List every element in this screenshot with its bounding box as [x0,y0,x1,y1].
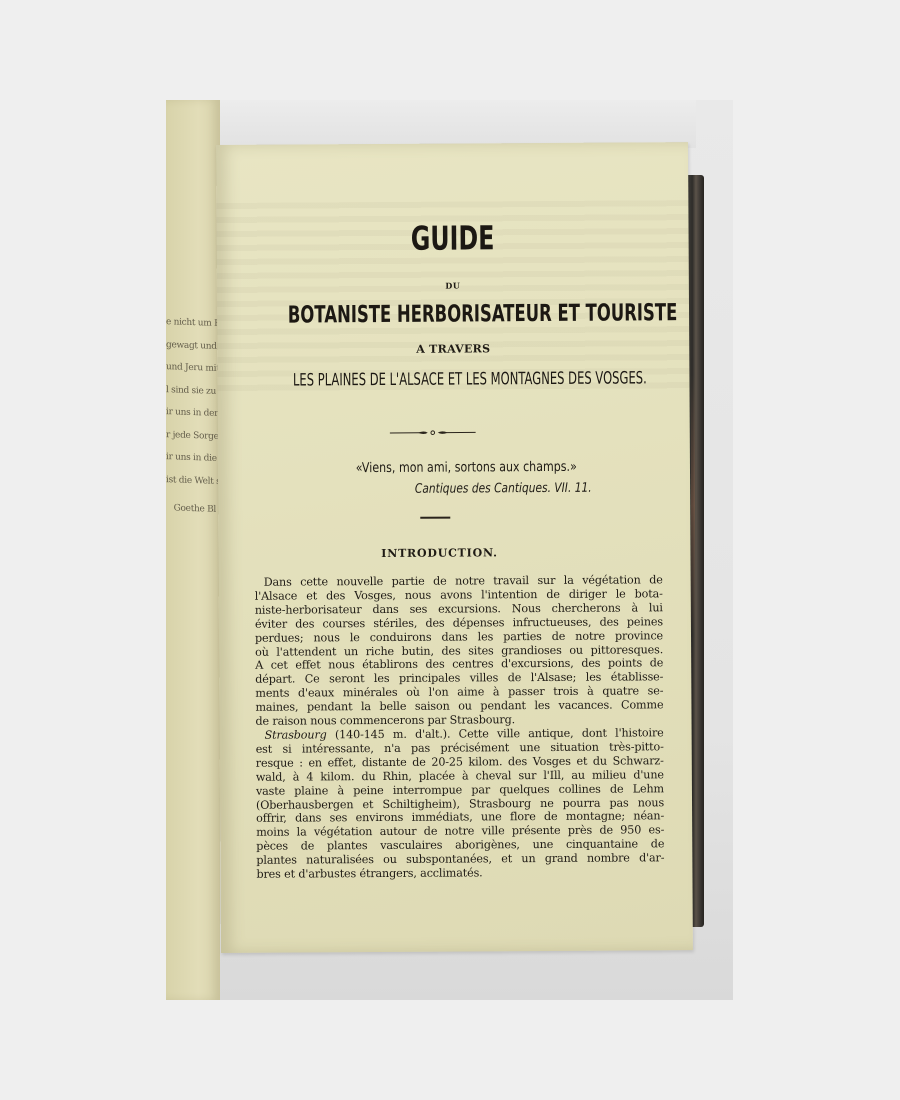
epigraph-source: Cantiques des Cantiques. VII. 11. [415,481,592,497]
background-above-page [206,100,696,148]
strasbourg-italic: Strasbourg [265,728,327,741]
left-page-line: ir uns in der Sonne Spi [166,401,218,425]
title-main: BOTANISTE HERBORISATEUR ET TOURISTE [288,299,619,329]
left-page-signature: Goethe Bl [166,497,218,521]
epigraph-quote: «Viens, mon ami, sortons aux champs.» [260,458,647,476]
title-guide: GUIDE [283,218,623,259]
left-page-line: l sind sie zu Haus [166,379,218,403]
book-photograph: e nicht um Reich thu gewagt und Reich th… [166,100,733,1000]
left-page-line: r jede Sorge los [166,424,218,448]
title-page: GUIDE DU BOTANISTE HERBORISATEUR ET TOUR… [216,142,693,953]
left-page-line: und Jeru mit Leben Ke [166,356,218,380]
left-page-line: ist die Welt so grün [166,469,218,493]
left-page-edge: e nicht um Reich thu gewagt und Reich th… [166,100,220,1000]
body-line: plantes naturalisées ou subspontanées, e… [256,851,664,867]
body-line-rest: (140-145 m. d'alt.). Cette ville antique… [327,726,664,741]
section-heading-introduction: INTRODUCTION. [218,545,690,561]
left-page-line: e nicht um Reich thu [166,311,218,335]
introduction-body: Dans cette nouvelle partie de notre trav… [255,573,665,881]
left-page-german-text: e nicht um Reich thu gewagt und Reich th… [166,311,218,521]
short-rule-divider [420,517,450,519]
left-page-line: ir uns in die weiten [166,446,218,470]
title-du: DU [217,279,689,292]
body-line: maines, pendant la belle saison ou penda… [255,698,663,714]
title-subtitle: LES PLAINES DE L'ALSACE ET LES MONTAGNES… [293,369,614,391]
ornament-divider-icon [390,429,476,436]
title-a-travers: A TRAVERS [217,341,689,357]
left-page-line: gewagt und Reich thu [166,334,218,358]
body-line: bres et d'arbustes étrangers, acclimatés… [256,865,664,881]
